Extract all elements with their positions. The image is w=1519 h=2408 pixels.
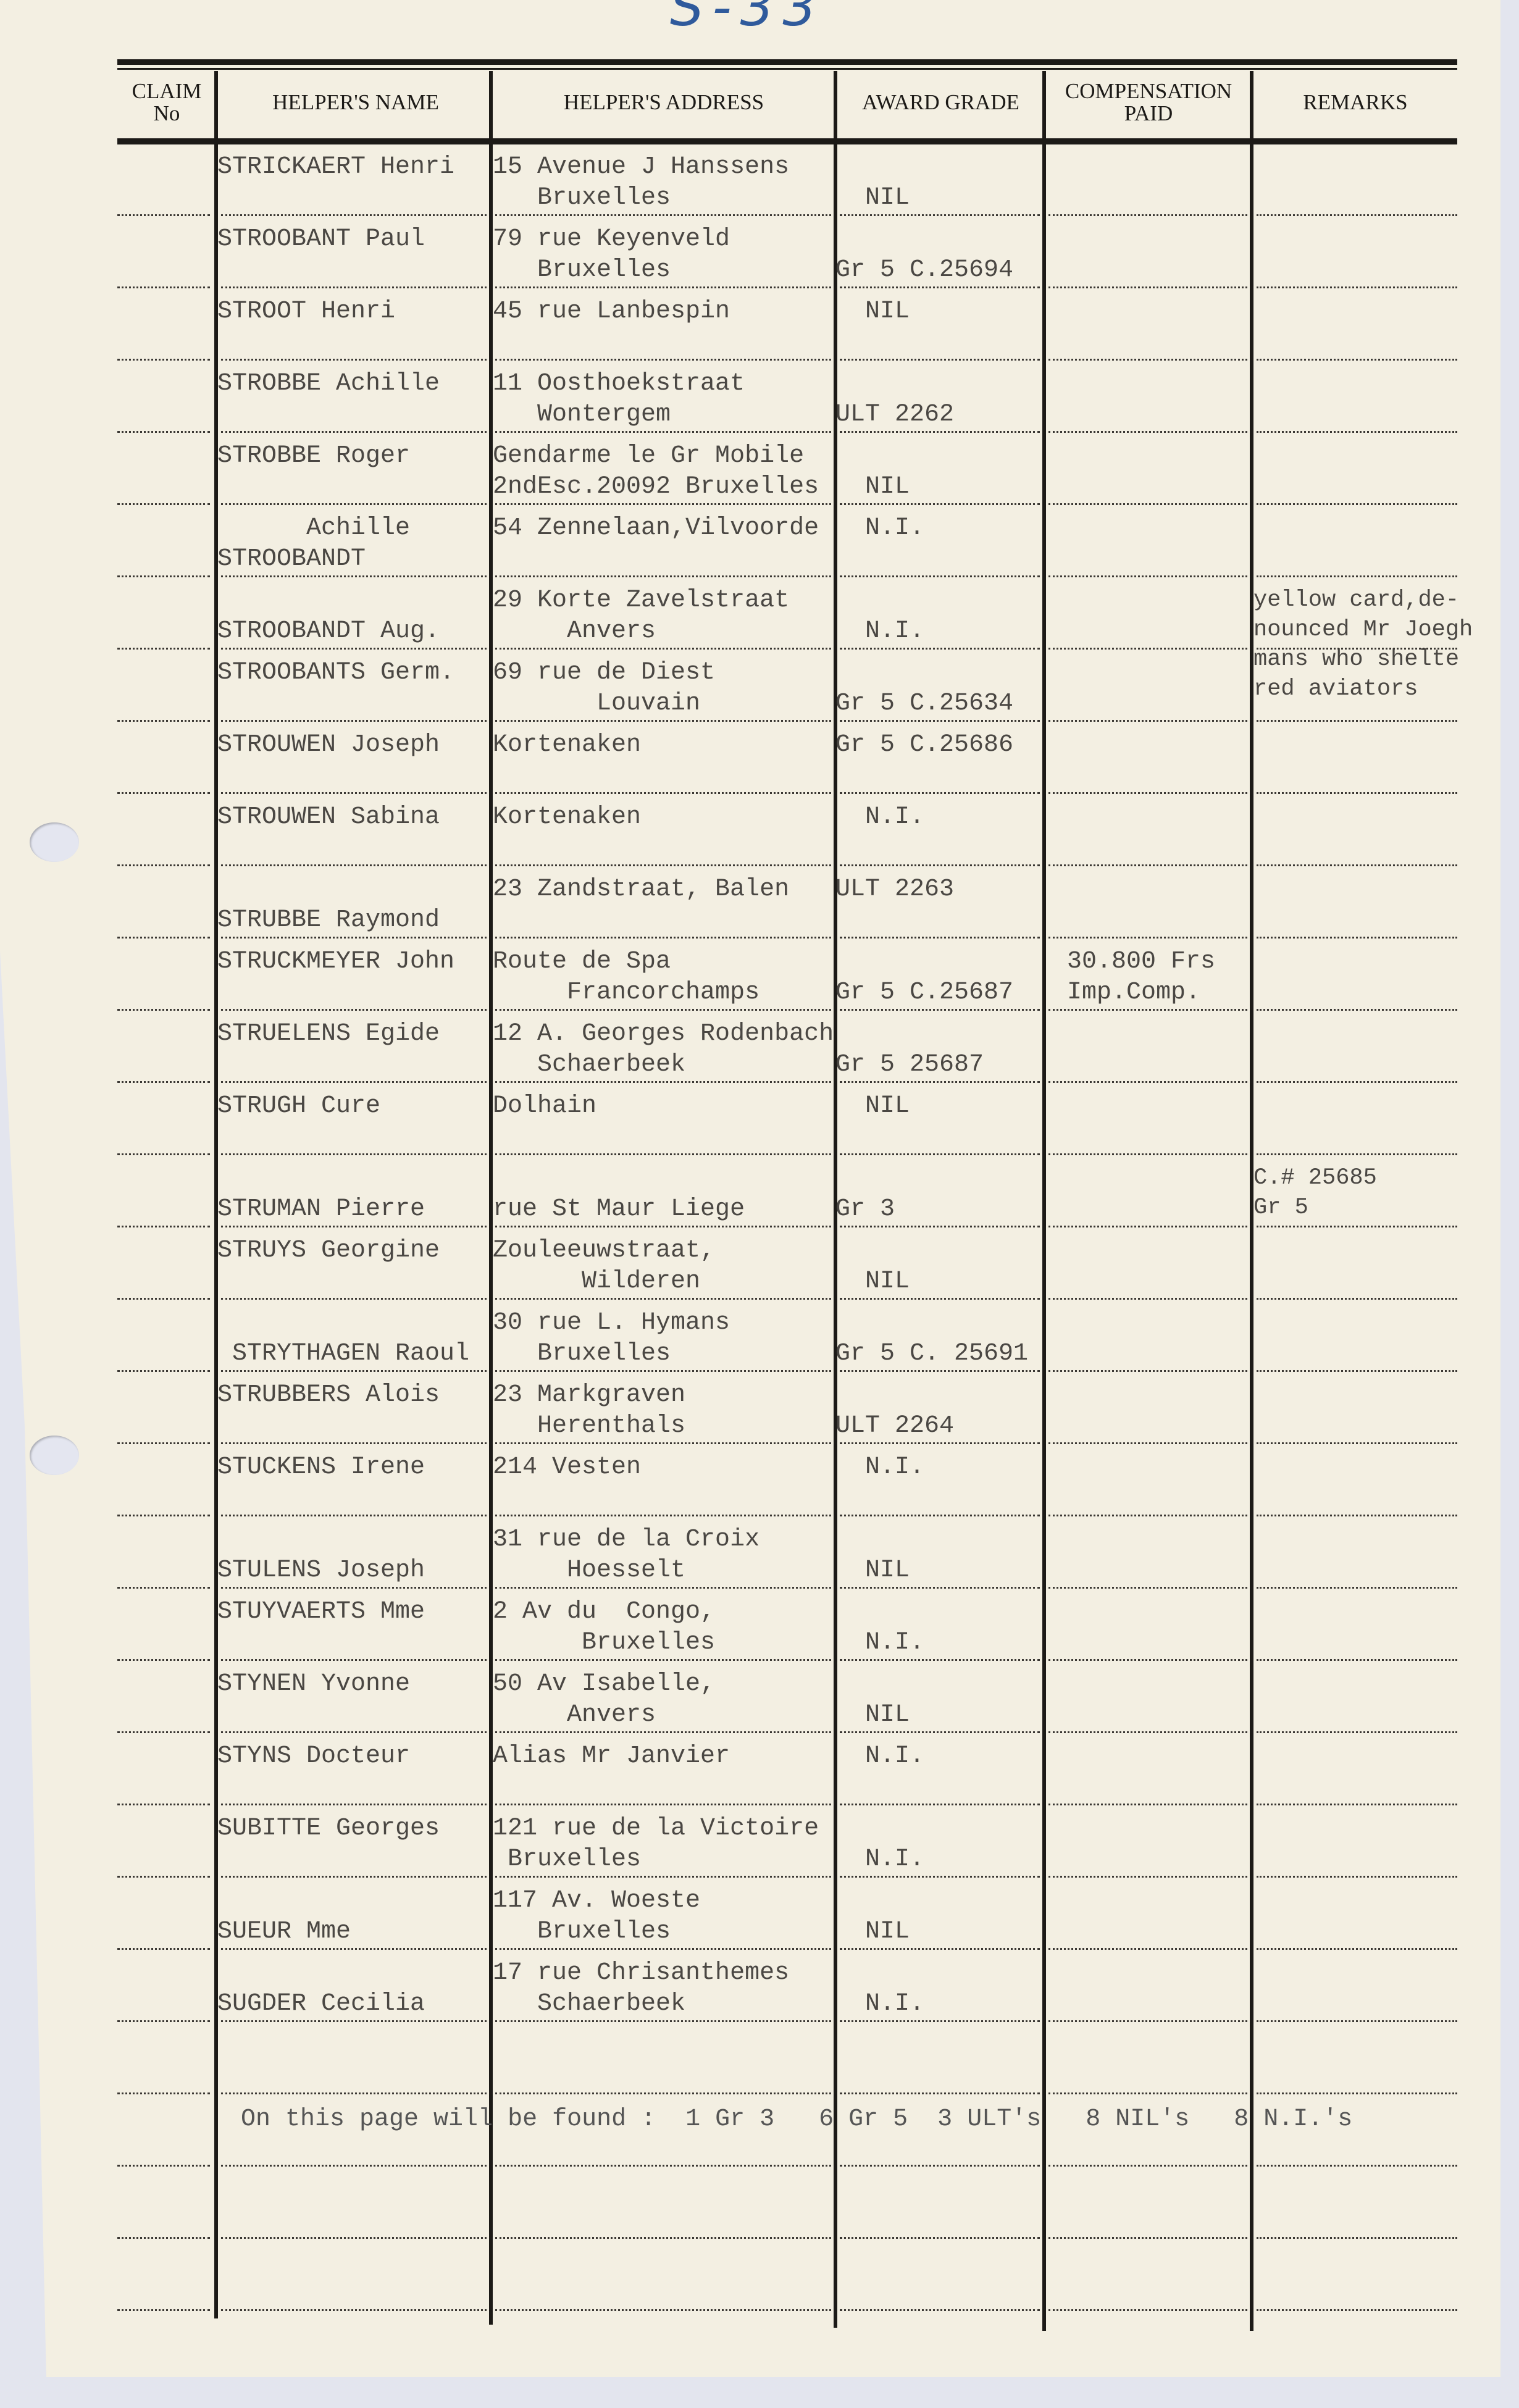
helper-address-cell: 23 Markgraven Herenthals [493, 1380, 685, 1442]
helper-address-cell: 15 Avenue J Hanssens Bruxelles [493, 152, 789, 214]
row-divider [495, 720, 831, 722]
row-divider [840, 503, 1040, 505]
row-divider [1048, 503, 1247, 505]
row-divider [840, 1948, 1040, 1950]
header-helper-name: HELPER'S NAME [220, 91, 492, 114]
row-divider [840, 1370, 1040, 1372]
row-divider [117, 1370, 210, 1372]
row-divider [1048, 359, 1247, 361]
helper-name-cell: STROOBANT Paul [217, 224, 425, 255]
row-divider [221, 1081, 487, 1083]
row-divider [495, 792, 831, 794]
row-divider [840, 1587, 1040, 1589]
row-divider [117, 864, 210, 866]
row-divider [840, 2092, 1040, 2094]
row-divider [1257, 1948, 1457, 1950]
helper-name-cell: STRUCKMEYER John [217, 947, 454, 977]
helper-address-cell: 214 Vesten [493, 1452, 641, 1483]
row-divider [1048, 1081, 1247, 1083]
row-divider [495, 2165, 831, 2167]
helper-address-cell: 2 Av du Congo, Bruxelles [493, 1597, 715, 1658]
row-divider [1257, 1515, 1457, 1516]
award-grade-cell: NIL [835, 1091, 910, 1122]
row-divider [1048, 1298, 1247, 1300]
row-divider [221, 1587, 487, 1589]
row-divider [221, 937, 487, 939]
row-divider [1257, 1081, 1457, 1083]
row-divider [840, 1298, 1040, 1300]
helper-name-cell: STROOBANDT Aug. [217, 585, 440, 647]
row-divider [1257, 792, 1457, 794]
punch-hole-icon [30, 1436, 79, 1475]
helper-address-cell: Alias Mr Janvier [493, 1741, 730, 1772]
row-divider [117, 1876, 210, 1878]
row-divider [1048, 1370, 1247, 1372]
row-divider [117, 720, 210, 722]
row-divider [1257, 2020, 1457, 2022]
row-divider [495, 2309, 831, 2311]
helper-name-cell: STUYVAERTS Mme [217, 1597, 425, 1628]
row-divider [1048, 431, 1247, 433]
helper-name-cell: STRUBBE Raymond [217, 874, 440, 936]
row-divider [495, 648, 831, 650]
award-grade-cell: NIL [835, 296, 910, 327]
helper-name-cell: Achille STROOBANDT [217, 513, 410, 575]
row-divider [1048, 792, 1247, 794]
row-divider [1257, 575, 1457, 577]
row-divider [1048, 214, 1247, 216]
row-divider [1257, 2165, 1457, 2167]
row-divider [117, 2237, 210, 2239]
row-divider [495, 2092, 831, 2094]
row-divider [495, 1731, 831, 1733]
helper-name-cell: SUEUR Mme [217, 1886, 351, 1947]
helper-address-cell: 117 Av. Woeste Bruxelles [493, 1886, 700, 1947]
helper-address-cell: Kortenaken [493, 802, 641, 833]
row-divider [1048, 2237, 1247, 2239]
row-divider [221, 648, 487, 650]
row-divider [840, 1226, 1040, 1227]
row-divider [495, 1298, 831, 1300]
row-divider [495, 1876, 831, 1878]
award-grade-cell: N.I. [835, 802, 924, 833]
row-divider [1048, 2092, 1247, 2094]
row-divider [221, 286, 487, 288]
row-divider [495, 1804, 831, 1805]
helper-name-cell: STRUBBERS Alois [217, 1380, 440, 1411]
row-divider [1257, 1587, 1457, 1589]
row-divider [117, 1731, 210, 1733]
row-divider [1048, 1153, 1247, 1155]
row-divider [1257, 720, 1457, 722]
helper-address-cell: rue St Maur Liege [493, 1163, 745, 1225]
row-divider [221, 1804, 487, 1805]
row-divider [221, 1298, 487, 1300]
punch-hole-icon [30, 822, 79, 862]
row-divider [221, 2165, 487, 2167]
row-divider [840, 1153, 1040, 1155]
row-divider [117, 1804, 210, 1805]
row-divider [1257, 1731, 1457, 1733]
helper-name-cell: STRYTHAGEN Raoul [217, 1308, 469, 1369]
helper-name-cell: STRUELENS Egide [217, 1019, 440, 1050]
row-divider [1048, 648, 1247, 650]
row-divider [117, 1442, 210, 1444]
row-divider [840, 1731, 1040, 1733]
award-grade-cell: ULT 2264 [835, 1380, 954, 1442]
row-divider [1048, 1731, 1247, 1733]
row-divider [495, 937, 831, 939]
row-divider [1257, 359, 1457, 361]
row-divider [221, 1948, 487, 1950]
row-divider [1257, 214, 1457, 216]
helper-address-cell: 29 Korte Zavelstraat Anvers [493, 585, 789, 647]
award-grade-cell: Gr 5 C.25634 [835, 658, 1013, 719]
row-divider [221, 1009, 487, 1011]
award-grade-cell: ULT 2262 [835, 369, 954, 430]
row-divider [117, 2092, 210, 2094]
helper-address-cell: 23 Zandstraat, Balen [493, 874, 789, 905]
helper-address-cell: 17 rue Chrisanthemes Schaerbeek [493, 1958, 789, 2020]
row-divider [1048, 864, 1247, 866]
helper-name-cell: STROBBE Achille [217, 369, 440, 399]
column-divider [1042, 71, 1046, 2331]
row-divider [1048, 720, 1247, 722]
header-claim-no: CLAIM No [117, 80, 216, 125]
row-divider [495, 1153, 831, 1155]
row-divider [117, 1659, 210, 1661]
row-divider [117, 2165, 210, 2167]
row-divider [221, 2237, 487, 2239]
row-divider [840, 2237, 1040, 2239]
row-divider [1257, 1876, 1457, 1878]
row-divider [117, 2309, 210, 2311]
row-divider [840, 1442, 1040, 1444]
row-divider [1257, 1804, 1457, 1805]
row-divider [495, 431, 831, 433]
helper-name-cell: STROBBE Roger [217, 441, 410, 472]
row-divider [495, 1948, 831, 1950]
row-divider [117, 1948, 210, 1950]
header-helper-address: HELPER'S ADDRESS [494, 91, 834, 114]
row-divider [495, 1009, 831, 1011]
row-divider [221, 2092, 487, 2094]
header-compensation-paid: COMPENSATION PAID [1047, 80, 1250, 125]
header-bottom-rule [117, 138, 1457, 144]
row-divider [1257, 864, 1457, 866]
row-divider [1257, 1659, 1457, 1661]
row-divider [221, 2020, 487, 2022]
row-divider [1257, 286, 1457, 288]
helper-address-cell: Gendarme le Gr Mobile 2ndEsc.20092 Bruxe… [493, 441, 819, 503]
row-divider [1048, 2165, 1247, 2167]
helper-address-cell: 31 rue de la Croix Hoesselt [493, 1524, 759, 1586]
row-divider [117, 431, 210, 433]
row-divider [117, 1009, 210, 1011]
row-divider [840, 1876, 1040, 1878]
row-divider [221, 1659, 487, 1661]
helper-address-cell: 11 Oosthoekstraat Wontergem [493, 369, 745, 430]
helper-name-cell: STRUGH Cure [217, 1091, 380, 1122]
row-divider [1257, 2092, 1457, 2094]
row-divider [117, 1226, 210, 1227]
award-grade-cell: N.I. [835, 1741, 924, 1772]
helper-name-cell: STROUWEN Joseph [217, 730, 440, 761]
row-divider [1257, 503, 1457, 505]
row-divider [117, 503, 210, 505]
row-divider [1257, 1226, 1457, 1227]
row-divider [221, 503, 487, 505]
row-divider [1048, 1442, 1247, 1444]
award-grade-cell: NIL [835, 152, 910, 214]
row-divider [221, 575, 487, 577]
row-divider [1048, 575, 1247, 577]
row-divider [221, 359, 487, 361]
row-divider [117, 1153, 210, 1155]
award-grade-cell: NIL [835, 1235, 910, 1297]
award-grade-cell: N.I. [835, 1597, 924, 1658]
row-divider [221, 1153, 487, 1155]
row-divider [840, 575, 1040, 577]
row-divider [840, 1515, 1040, 1516]
handwritten-page-mark: S-33 [670, 0, 825, 38]
helper-name-cell: STROOBANTS Germ. [217, 658, 454, 688]
row-divider [221, 792, 487, 794]
row-divider [495, 2237, 831, 2239]
row-divider [840, 286, 1040, 288]
row-divider [840, 359, 1040, 361]
helper-name-cell: STRICKAERT Henri [217, 152, 454, 183]
award-grade-cell: NIL [835, 1669, 910, 1731]
row-divider [117, 359, 210, 361]
row-divider [1048, 1659, 1247, 1661]
award-grade-cell: N.I. [835, 585, 924, 647]
row-divider [117, 286, 210, 288]
helper-name-cell: SUBITTE Georges [217, 1813, 440, 1844]
row-divider [495, 1226, 831, 1227]
award-grade-cell: NIL [835, 1886, 910, 1947]
row-divider [117, 1081, 210, 1083]
row-divider [840, 431, 1040, 433]
award-grade-cell: Gr 5 25687 [835, 1019, 984, 1081]
header-top-thin-rule [117, 68, 1457, 70]
helper-address-cell: Route de Spa Francorchamps [493, 947, 759, 1008]
row-divider [495, 1587, 831, 1589]
helper-name-cell: SUGDER Cecilia [217, 1958, 425, 2020]
award-grade-cell: Gr 5 C. 25691 [835, 1308, 1028, 1369]
row-divider [495, 1081, 831, 1083]
award-grade-cell: Gr 5 C.25686 [835, 730, 1013, 761]
row-divider [117, 792, 210, 794]
row-divider [1048, 1515, 1247, 1516]
row-divider [1257, 1370, 1457, 1372]
row-divider [840, 1804, 1040, 1805]
compensation-cell: 30.800 Frs Imp.Comp. [1067, 947, 1215, 1008]
row-divider [221, 720, 487, 722]
helper-name-cell: STYNEN Yvonne [217, 1669, 410, 1700]
document-page: S-33 CLAIM No HELPER'S NAME HELPER'S ADD… [0, 0, 1500, 2377]
row-divider [1048, 1804, 1247, 1805]
award-grade-cell: Gr 5 C.25694 [835, 224, 1013, 286]
helper-address-cell: Dolhain [493, 1091, 596, 1122]
remarks-cell: C.# 25685 Gr 5 [1253, 1163, 1377, 1223]
row-divider [1048, 1948, 1247, 1950]
row-divider [495, 1515, 831, 1516]
row-divider [840, 864, 1040, 866]
row-divider [1048, 1587, 1247, 1589]
row-divider [1048, 1009, 1247, 1011]
row-divider [840, 1659, 1040, 1661]
row-divider [1048, 937, 1247, 939]
row-divider [840, 648, 1040, 650]
row-divider [495, 214, 831, 216]
row-divider [1257, 1442, 1457, 1444]
row-divider [495, 359, 831, 361]
award-grade-cell: Gr 3 [835, 1163, 895, 1225]
award-grade-cell: N.I. [835, 1813, 924, 1875]
row-divider [1257, 648, 1457, 650]
row-divider [117, 1298, 210, 1300]
row-divider [221, 1226, 487, 1227]
award-grade-cell: N.I. [835, 513, 924, 544]
row-divider [221, 1442, 487, 1444]
row-divider [495, 503, 831, 505]
helper-address-cell: 12 A. Georges Rodenbach Schaerbeek [493, 1019, 834, 1081]
page-summary: On this page will be found : 1 Gr 3 6 Gr… [241, 2105, 1352, 2133]
row-divider [1048, 2020, 1247, 2022]
row-divider [840, 2020, 1040, 2022]
helper-name-cell: STULENS Joseph [217, 1524, 425, 1586]
row-divider [1257, 1153, 1457, 1155]
row-divider [1048, 286, 1247, 288]
row-divider [117, 214, 210, 216]
helper-address-cell: 121 rue de la Victoire Bruxelles [493, 1813, 819, 1875]
row-divider [117, 575, 210, 577]
helper-address-cell: 45 rue Lanbespin [493, 296, 730, 327]
row-divider [1257, 2309, 1457, 2311]
helper-name-cell: STYNS Docteur [217, 1741, 410, 1772]
remarks-cell: yellow card,de- nounced Mr Joegh mans wh… [1253, 585, 1473, 704]
row-divider [221, 1515, 487, 1516]
row-divider [1257, 2237, 1457, 2239]
row-divider [1257, 1298, 1457, 1300]
helper-address-cell: 79 rue Keyenveld Bruxelles [493, 224, 730, 286]
header-remarks: REMARKS [1253, 91, 1457, 114]
row-divider [117, 648, 210, 650]
row-divider [117, 2020, 210, 2022]
helper-name-cell: STRUYS Georgine [217, 1235, 440, 1266]
award-grade-cell: ULT 2263 [835, 874, 954, 905]
row-divider [1048, 1876, 1247, 1878]
row-divider [840, 1009, 1040, 1011]
award-grade-cell: N.I. [835, 1958, 924, 2020]
award-grade-cell: Gr 5 C.25687 [835, 947, 1013, 1008]
row-divider [1257, 1009, 1457, 1011]
row-divider [221, 2309, 487, 2311]
helper-address-cell: 50 Av Isabelle, Anvers [493, 1669, 715, 1731]
row-divider [221, 214, 487, 216]
row-divider [840, 2165, 1040, 2167]
row-divider [840, 1081, 1040, 1083]
row-divider [1048, 2309, 1247, 2311]
row-divider [495, 575, 831, 577]
award-grade-cell: N.I. [835, 1452, 924, 1483]
row-divider [840, 214, 1040, 216]
row-divider [495, 286, 831, 288]
row-divider [221, 1876, 487, 1878]
helper-address-cell: 54 Zennelaan,Vilvoorde [493, 513, 819, 544]
helper-name-cell: STROOT Henri [217, 296, 395, 327]
helper-address-cell: 30 rue L. Hymans Bruxelles [493, 1308, 730, 1369]
row-divider [495, 864, 831, 866]
helper-name-cell: STROUWEN Sabina [217, 802, 440, 833]
row-divider [840, 937, 1040, 939]
row-divider [495, 1442, 831, 1444]
row-divider [221, 864, 487, 866]
row-divider [221, 431, 487, 433]
row-divider [221, 1731, 487, 1733]
row-divider [117, 1587, 210, 1589]
row-divider [117, 1515, 210, 1516]
row-divider [495, 2020, 831, 2022]
helper-name-cell: STUCKENS Irene [217, 1452, 425, 1483]
award-grade-cell: NIL [835, 1524, 910, 1586]
row-divider [117, 937, 210, 939]
header-award-grade: AWARD GRADE [837, 91, 1044, 114]
header-top-rule [117, 59, 1457, 65]
row-divider [1257, 431, 1457, 433]
row-divider [495, 1370, 831, 1372]
row-divider [840, 2309, 1040, 2311]
row-divider [495, 1659, 831, 1661]
helper-address-cell: Kortenaken [493, 730, 641, 761]
award-grade-cell: NIL [835, 441, 910, 503]
row-divider [1048, 1226, 1247, 1227]
helper-address-cell: Zouleeuwstraat, Wilderen [493, 1235, 715, 1297]
helper-name-cell: STRUMAN Pierre [217, 1163, 425, 1225]
row-divider [221, 1370, 487, 1372]
helper-address-cell: 69 rue de Diest Louvain [493, 658, 715, 719]
row-divider [840, 792, 1040, 794]
row-divider [1257, 937, 1457, 939]
row-divider [840, 720, 1040, 722]
